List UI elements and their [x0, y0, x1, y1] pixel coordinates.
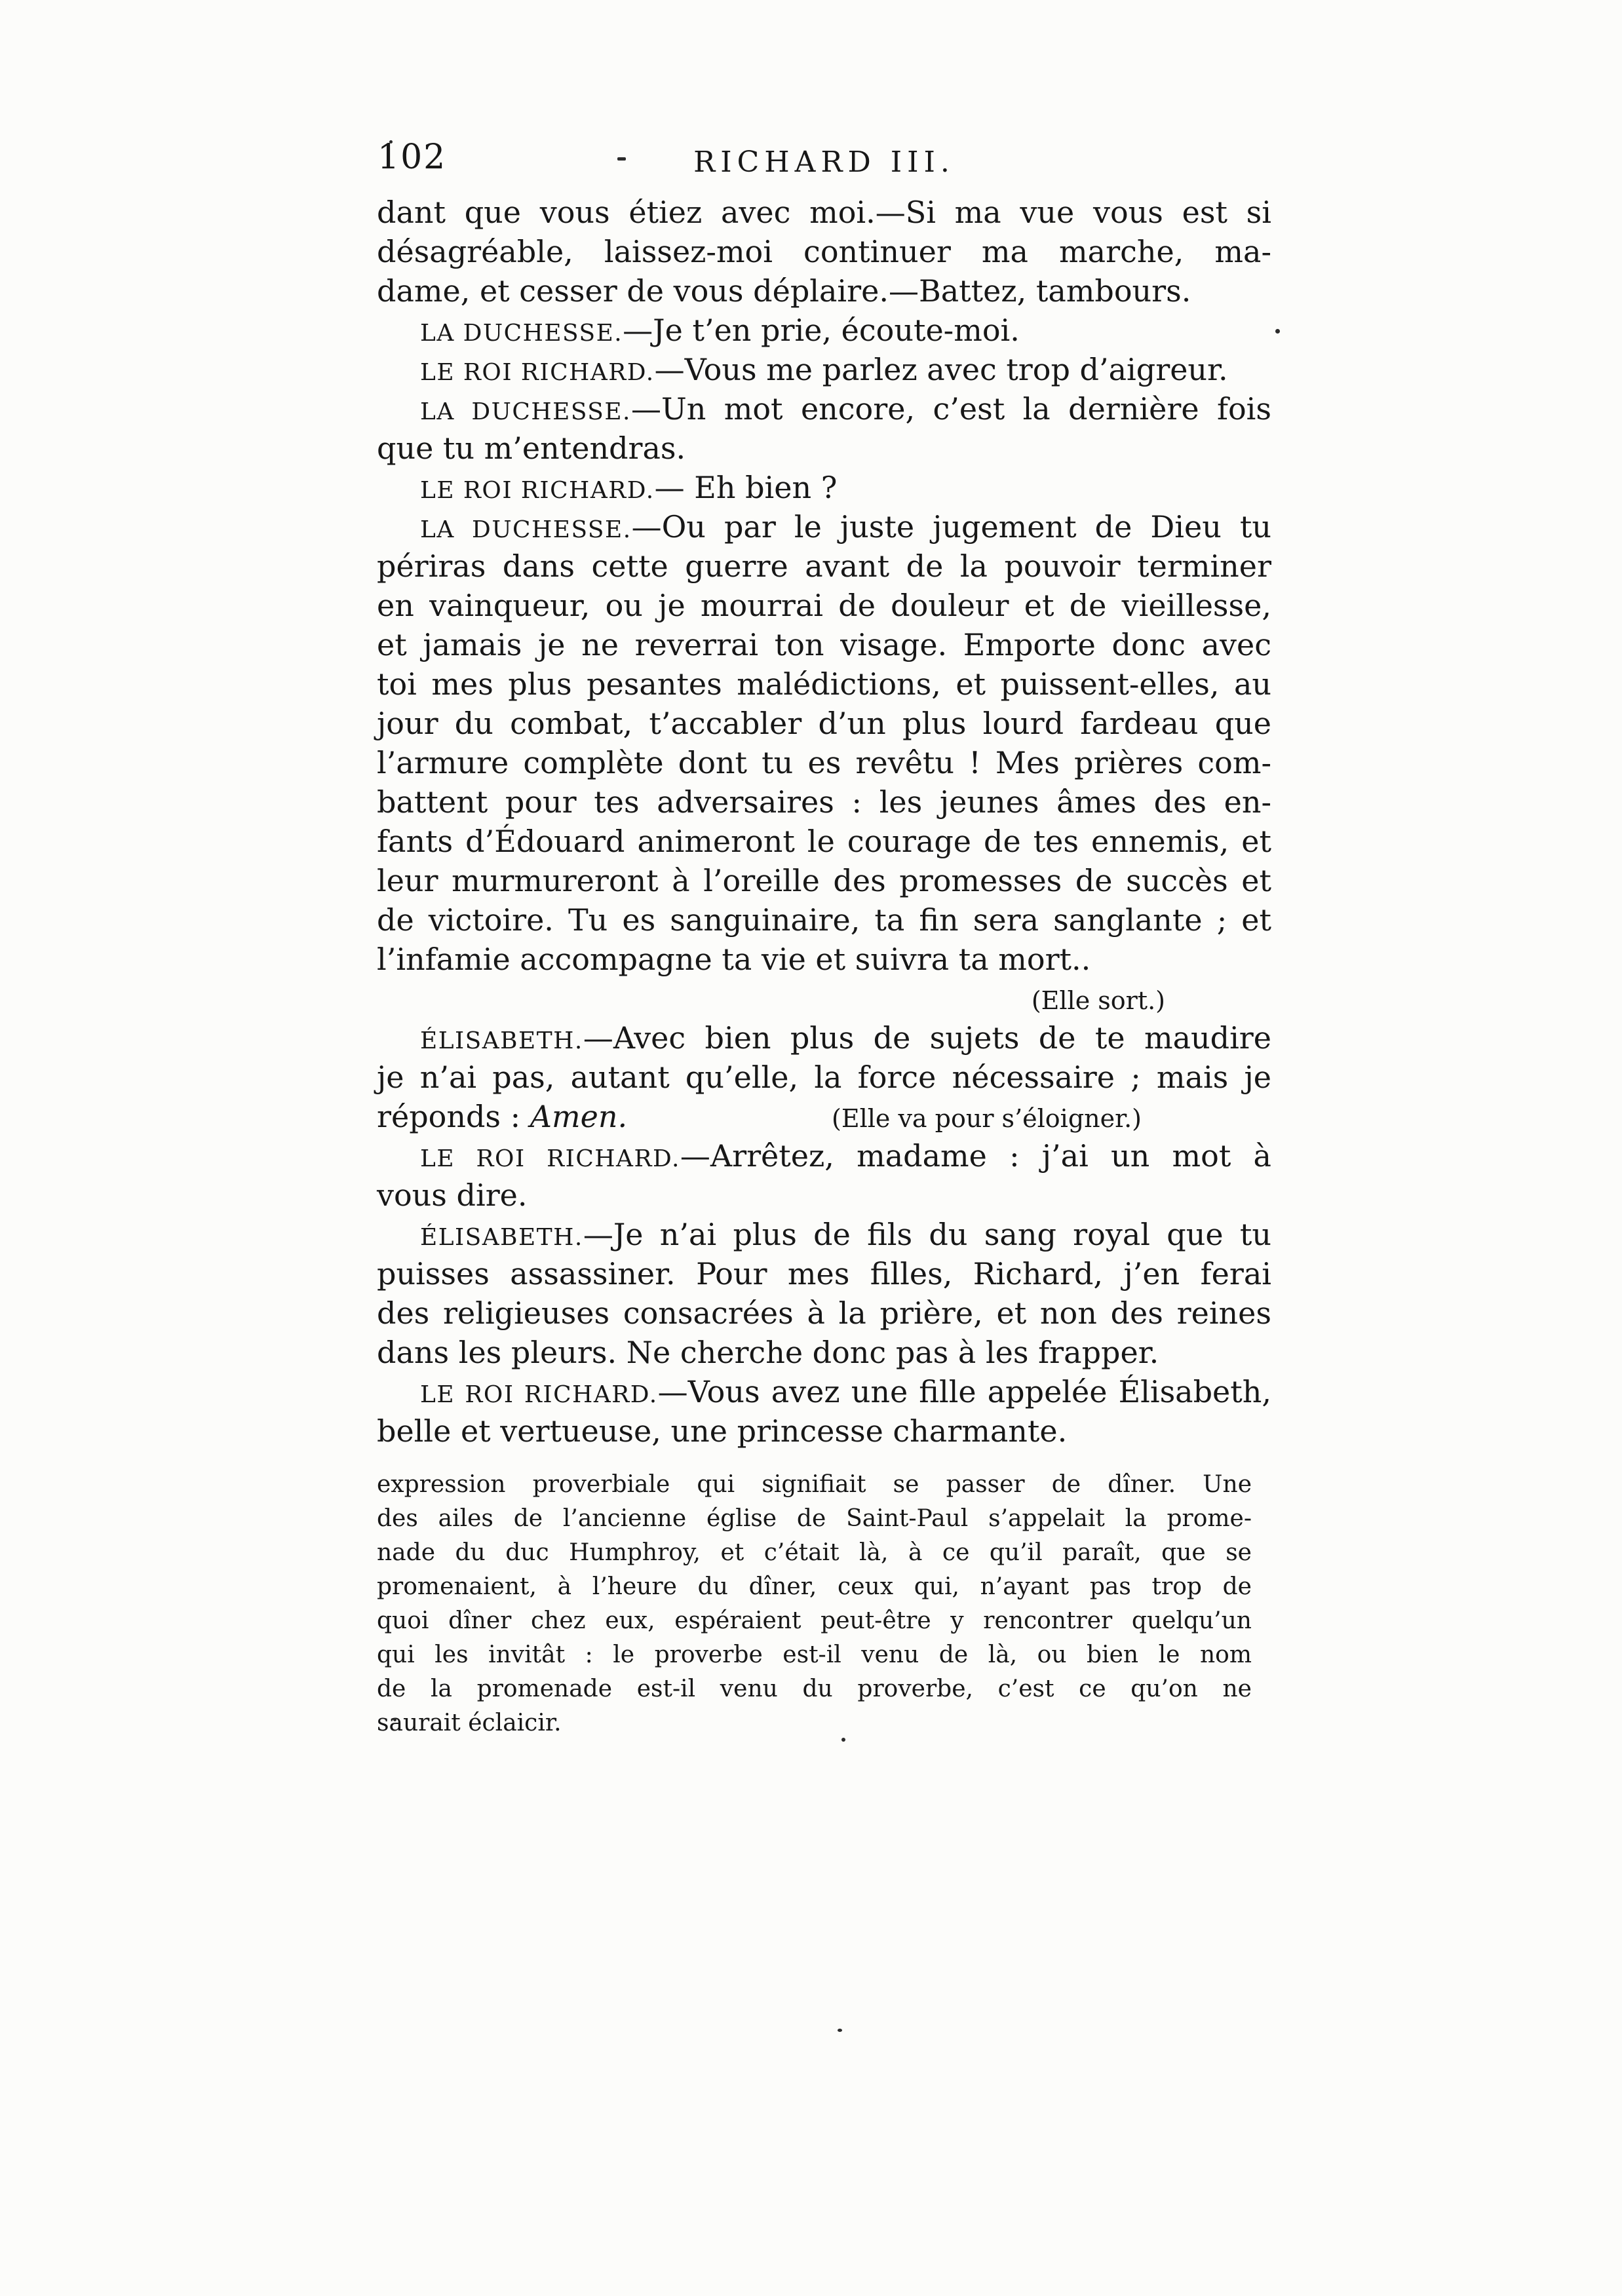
scan-speck — [393, 1718, 396, 1721]
speaker-name: LA DUCHESSE. — [420, 398, 631, 425]
text-line: en vainqueur, ou je mourrai de douleur e… — [377, 586, 1271, 625]
speaker-name: LE ROI RICHARD. — [420, 1145, 680, 1172]
speaker-name: LE ROI RICHARD. — [420, 359, 655, 386]
text-line: de victoire. Tu es sanguinaire, ta fin s… — [377, 900, 1271, 940]
text-line: dant que vous étiez avec moi.—Si ma vue … — [377, 193, 1271, 232]
scan-speck — [1275, 329, 1280, 334]
text-segment: réponds : Amen. — [377, 1097, 627, 1136]
text-line: toi mes plus pesantes malédictions, et p… — [377, 664, 1271, 704]
italic-text: Amen. — [530, 1099, 627, 1134]
dialogue-line: LA DUCHESSE.—Un mot encore, c’est la der… — [377, 389, 1271, 429]
scan-speck — [389, 140, 393, 143]
speaker-name: LA DUCHESSE. — [420, 320, 623, 347]
text-line: leur murmureront à l’oreille des promess… — [377, 861, 1271, 900]
text-line: puisses assassiner. Pour mes filles, Ric… — [377, 1254, 1271, 1293]
text-line: désagréable, laissez-moi continuer ma ma… — [377, 232, 1271, 271]
text-line: je n’ai pas, autant qu’elle, la force né… — [377, 1058, 1271, 1097]
text-line: des religieuses consacrées à la prière, … — [377, 1293, 1271, 1333]
speaker-name: ÉLISABETH. — [420, 1027, 583, 1054]
speaker-name: ÉLISABETH. — [420, 1224, 583, 1251]
speaker-name: LE ROI RICHARD. — [420, 1381, 658, 1408]
text-line: réponds : Amen.(Elle va pour s’éloigner.… — [377, 1097, 1271, 1136]
dialogue-line: LA DUCHESSE.—Ou par le juste jugement de… — [377, 507, 1271, 546]
speaker-name: LA DUCHESSE. — [420, 516, 632, 543]
text-line: saurait éclaicir. — [377, 1706, 1252, 1740]
text-line: de la promenade est-il venu du proverbe,… — [377, 1672, 1252, 1706]
text-line: battent pour tes adversaires : les jeune… — [377, 782, 1271, 822]
scan-speck — [841, 1738, 845, 1742]
main-text-block: dant que vous étiez avec moi.—Si ma vue … — [377, 193, 1271, 1451]
dialogue-line: ÉLISABETH.—Avec bien plus de sujets de t… — [377, 1018, 1271, 1058]
dialogue-line: ÉLISABETH.—Je n’ai plus de fils du sang … — [377, 1215, 1271, 1254]
dialogue-line: LE ROI RICHARD.—Vous me parlez avec trop… — [377, 350, 1271, 389]
speaker-name: LE ROI RICHARD. — [420, 477, 655, 504]
stage-direction: (Elle va pour s’éloigner.) — [832, 1099, 1142, 1138]
dialogue-line: LE ROI RICHARD.— Eh bien ? — [377, 468, 1271, 507]
text-line: jour du combat, t’accabler d’un plus lou… — [377, 704, 1271, 743]
scan-speck — [838, 2029, 842, 2032]
text-line: dans les pleurs. Ne cherche donc pas à l… — [377, 1333, 1271, 1372]
text-line: quoi dîner chez eux, espéraient peut-êtr… — [377, 1604, 1252, 1638]
text-line: qui les invitât : le proverbe est-il ven… — [377, 1638, 1252, 1672]
text-line: et jamais je ne reverrai ton visage. Emp… — [377, 625, 1271, 664]
text-line: dame, et cesser de vous déplaire.—Battez… — [377, 271, 1271, 311]
scan-speck — [617, 157, 626, 161]
running-title: RICHARD III. — [377, 145, 1271, 179]
text-line: nade du duc Humphroy, et c’était là, à c… — [377, 1536, 1252, 1570]
dialogue-line: LE ROI RICHARD.—Arrêtez, madame : j’ai u… — [377, 1136, 1271, 1176]
dialogue-line: LE ROI RICHARD.—Vous avez une fille appe… — [377, 1372, 1271, 1411]
text-line: promenaient, à l’heure du dîner, ceux qu… — [377, 1570, 1252, 1604]
text-line: vous dire. — [377, 1176, 1271, 1215]
book-page: 102 RICHARD III. dant que vous étiez ave… — [0, 0, 1622, 2296]
stage-direction: (Elle sort.) — [1032, 986, 1165, 1015]
text-line: périras dans cette guerre avant de la po… — [377, 546, 1271, 586]
text-line: belle et vertueuse, une princesse charma… — [377, 1411, 1271, 1451]
dialogue-line: LA DUCHESSE.—Je t’en prie, écoute-moi. — [377, 311, 1271, 350]
text-line: que tu m’entendras. — [377, 429, 1271, 468]
text-line: des ailes de l’ancienne église de Saint-… — [377, 1502, 1252, 1536]
text-line: l’armure complète dont tu es revêtu ! Me… — [377, 743, 1271, 782]
footnote-block: expression proverbiale qui signifiait se… — [377, 1468, 1252, 1740]
text-line: l’infamie accompagne ta vie et suivra ta… — [377, 940, 1271, 979]
stage-direction-line: (Elle sort.) — [377, 979, 1271, 1018]
text-line: fants d’Édouard animeront le courage de … — [377, 822, 1271, 861]
text-line: expression proverbiale qui signifiait se… — [377, 1468, 1252, 1502]
